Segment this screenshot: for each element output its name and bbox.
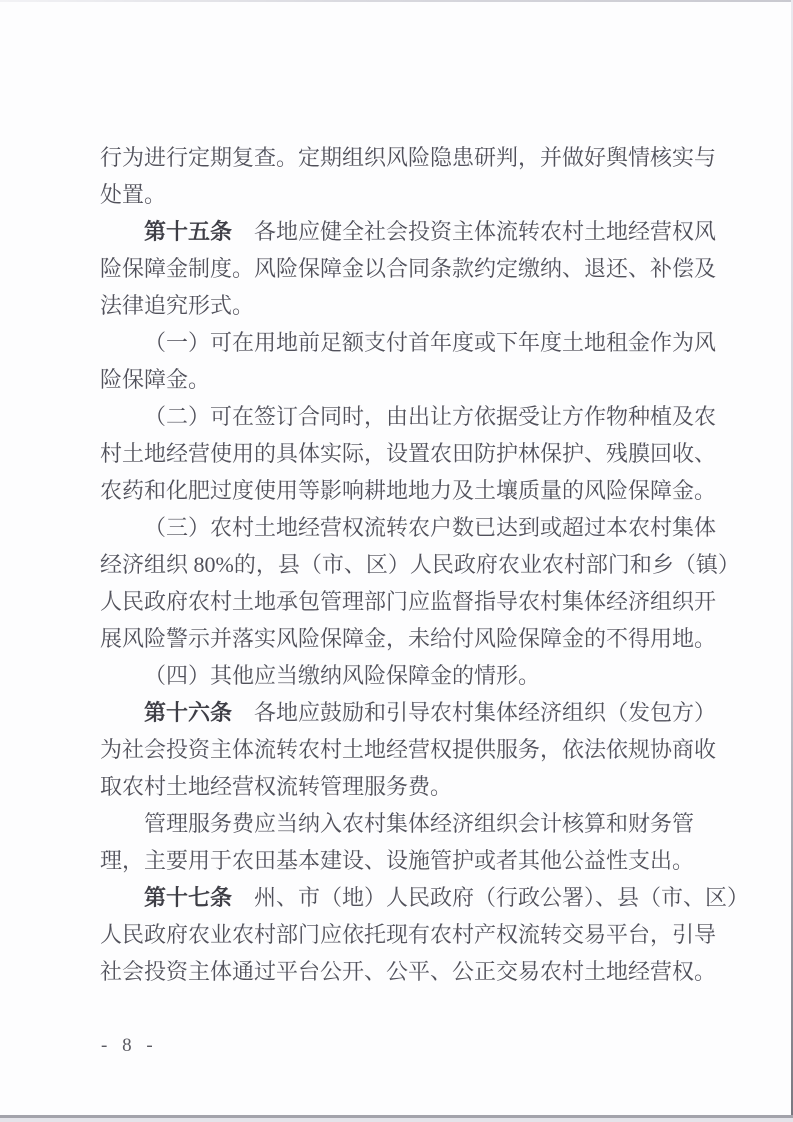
line-text: （一）可在用地前足额支付首年度或下年度土地租金作为风 [144,330,716,355]
document-line: （三）农村土地经营权流转农户数已达到或超过本农村集体 [100,509,735,546]
line-text: 处置。 [100,182,166,207]
document-page: 行为进行定期复查。定期组织风险隐患研判，并做好舆情核实与处置。第十五条 各地应健… [0,0,793,1122]
line-text: 险保障金制度。风险保障金以合同条款约定缴纳、退还、补偿及 [100,256,716,281]
document-line: 理，主要用于农田基本建设、设施管护或者其他公益性支出。 [100,842,735,879]
line-text: 农药和化肥过度使用等影响耕地地力及土壤质量的风险保障金。 [100,478,716,503]
line-text: 人民政府农业农村部门应依托现有农村产权流转交易平台，引导 [100,922,716,947]
line-text: 行为进行定期复查。定期组织风险隐患研判，并做好舆情核实与 [100,145,716,170]
line-text: 人民政府农村土地承包管理部门应监督指导农村集体经济组织开 [100,589,716,614]
line-text: 村土地经营使用的具体实际，设置农田防护林保护、残膜回收、 [100,441,716,466]
document-line: 管理服务费应当纳入农村集体经济组织会计核算和财务管 [100,805,735,842]
article-number: 第十七条 [144,885,232,910]
line-text: 理，主要用于农田基本建设、设施管护或者其他公益性支出。 [100,848,694,873]
line-text: 法律追究形式。 [100,293,254,318]
document-line: 法律追究形式。 [100,287,735,324]
document-line: 第十七条 州、市（地）人民政府（行政公署）、县（市、区） [100,879,735,916]
line-text: 社会投资主体通过平台公开、公平、公正交易农村土地经营权。 [100,959,716,984]
line-text: 取农村土地经营权流转管理服务费。 [100,774,452,799]
document-line: 人民政府农村土地承包管理部门应监督指导农村集体经济组织开 [100,583,735,620]
document-body: 行为进行定期复查。定期组织风险隐患研判，并做好舆情核实与处置。第十五条 各地应健… [100,139,735,990]
document-line: 行为进行定期复查。定期组织风险隐患研判，并做好舆情核实与 [100,139,735,176]
document-line: 险保障金制度。风险保障金以合同条款约定缴纳、退还、补偿及 [100,250,735,287]
document-line: 第十五条 各地应健全社会投资主体流转农村土地经营权风 [100,213,735,250]
document-line: （一）可在用地前足额支付首年度或下年度土地租金作为风 [100,324,735,361]
article-number: 第十六条 [144,700,232,725]
document-line: 处置。 [100,176,735,213]
document-line: 展风险警示并落实风险保障金，未给付风险保障金的不得用地。 [100,620,735,657]
line-text: 展风险警示并落实风险保障金，未给付风险保障金的不得用地。 [100,626,716,651]
document-line: （二）可在签订合同时，由出让方依据受让方作物种植及农 [100,398,735,435]
line-text: 经济组织 80%的，县（市、区）人民政府农业农村部门和乡（镇） [100,552,740,577]
line-text: 为社会投资主体流转农村土地经营权提供服务，依法依规协商收 [100,737,716,762]
scan-edge-bottom-light [0,1118,793,1122]
document-line: 为社会投资主体流转农村土地经营权提供服务，依法依规协商收 [100,731,735,768]
document-line: 人民政府农业农村部门应依托现有农村产权流转交易平台，引导 [100,916,735,953]
scan-edge-top [0,0,793,2]
document-line: 社会投资主体通过平台公开、公平、公正交易农村土地经营权。 [100,953,735,990]
document-line: 农药和化肥过度使用等影响耕地地力及土壤质量的风险保障金。 [100,472,735,509]
line-text: （四）其他应当缴纳风险保障金的情形。 [144,663,540,688]
document-line: 取农村土地经营权流转管理服务费。 [100,768,735,805]
document-line: 险保障金。 [100,361,735,398]
line-text: 各地应鼓励和引导农村集体经济组织（发包方） [232,700,716,725]
document-line: 经济组织 80%的，县（市、区）人民政府农业农村部门和乡（镇） [100,546,735,583]
line-text: 州、市（地）人民政府（行政公署）、县（市、区） [232,885,749,910]
line-text: 管理服务费应当纳入农村集体经济组织会计核算和财务管 [144,811,694,836]
line-text: （三）农村土地经营权流转农户数已达到或超过本农村集体 [144,515,716,540]
page-number: - 8 - [101,1034,158,1058]
document-line: 村土地经营使用的具体实际，设置农田防护林保护、残膜回收、 [100,435,735,472]
line-text: 险保障金。 [100,367,210,392]
document-line: 第十六条 各地应鼓励和引导农村集体经济组织（发包方） [100,694,735,731]
article-number: 第十五条 [144,219,232,244]
line-text: 各地应健全社会投资主体流转农村土地经营权风 [232,219,716,244]
line-text: （二）可在签订合同时，由出让方依据受让方作物种植及农 [144,404,716,429]
document-line: （四）其他应当缴纳风险保障金的情形。 [100,657,735,694]
